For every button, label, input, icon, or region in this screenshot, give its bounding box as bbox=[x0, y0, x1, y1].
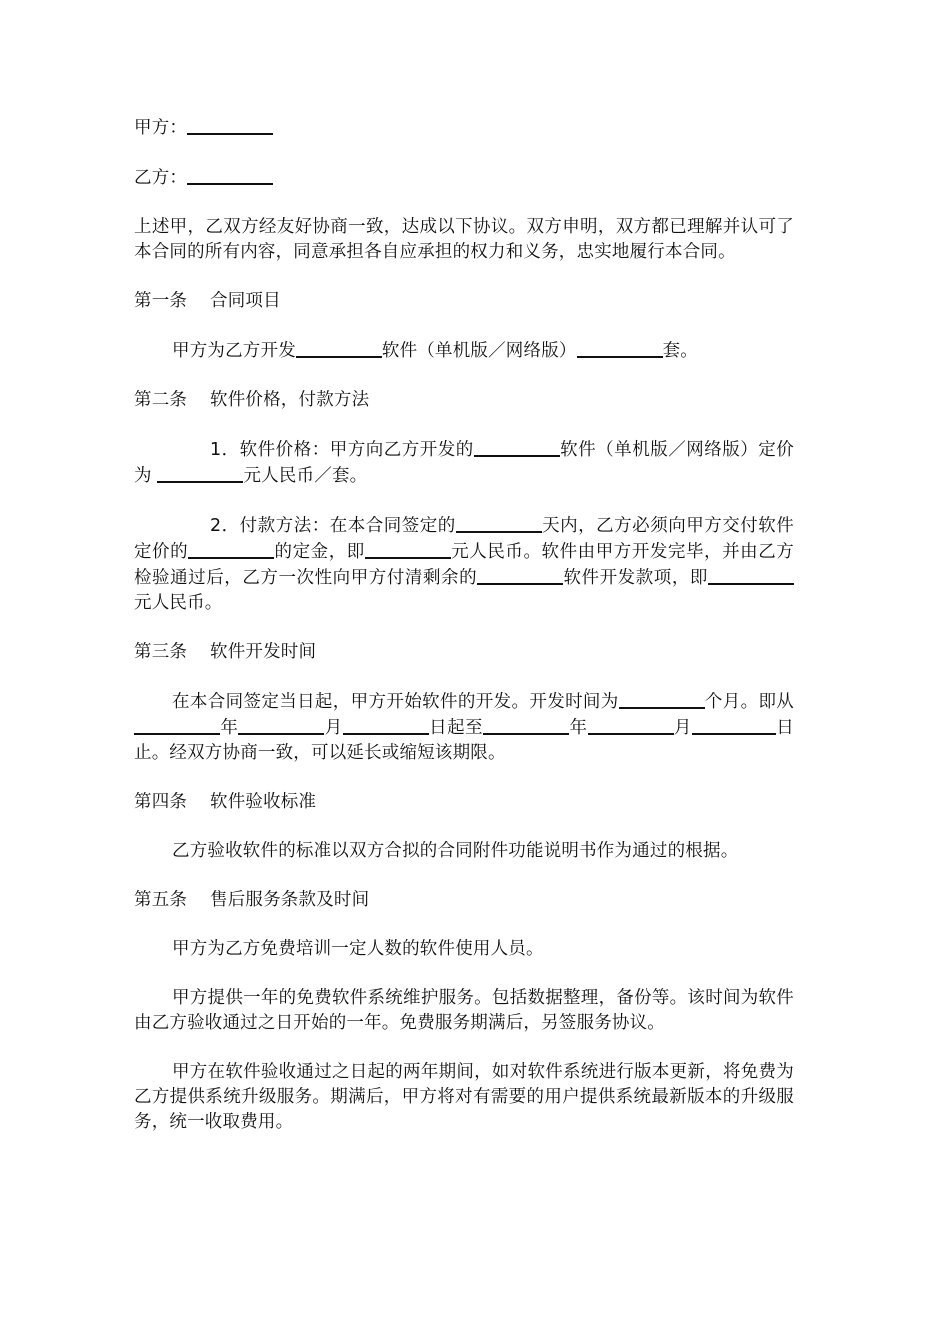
article-number: 第一条 bbox=[134, 289, 210, 314]
article-1-paragraph-1: 甲方为乙方开发软件（单机版／网络版）套。 bbox=[134, 338, 794, 364]
article-number: 第三条 bbox=[134, 640, 210, 665]
article-4-heading: 第四条软件验收标准 bbox=[134, 790, 794, 815]
price-blank[interactable] bbox=[157, 463, 243, 483]
article-1-heading: 第一条合同项目 bbox=[134, 289, 794, 314]
text-segment: 元人民币。 bbox=[134, 593, 223, 613]
article-2-paragraph-2: 2．付款方法：在本合同签定的天内，乙方必须向甲方交付软件定价的的定金，即元人民币… bbox=[134, 513, 794, 616]
text-segment: 在本合同签定当日起，甲方开始软件的开发。开发时间为 bbox=[172, 692, 619, 712]
remaining-amount-blank[interactable] bbox=[708, 565, 794, 585]
article-5-heading: 第五条售后服务条款及时间 bbox=[134, 888, 794, 913]
article-2-heading: 第二条软件价格，付款方法 bbox=[134, 388, 794, 413]
remaining-percent-blank[interactable] bbox=[477, 565, 563, 585]
text-segment: 1．软件价格：甲方向乙方开发的 bbox=[210, 440, 474, 460]
end-day-blank-continued[interactable] bbox=[752, 715, 776, 735]
text-segment: 日起至 bbox=[429, 718, 483, 738]
text-segment: 2．付款方法：在本合同签定的 bbox=[210, 516, 456, 536]
text-segment: 的定金，即 bbox=[274, 542, 365, 562]
article-5-paragraph-1: 甲方为乙方免费培训一定人数的软件使用人员。 bbox=[134, 937, 794, 962]
end-month-blank[interactable] bbox=[588, 715, 674, 735]
article-number: 第二条 bbox=[134, 388, 210, 413]
article-4-paragraph-1: 乙方验收软件的标准以双方合拟的合同附件功能说明书作为通过的根据。 bbox=[134, 839, 794, 864]
article-3-paragraph-1: 在本合同签定当日起，甲方开始软件的开发。开发时间为个月。即从年月日起至年月日止。… bbox=[134, 689, 794, 766]
quantity-blank[interactable] bbox=[577, 338, 663, 358]
article-title: 软件开发时间 bbox=[210, 642, 316, 662]
months-blank[interactable] bbox=[619, 689, 705, 709]
article-5-paragraph-2: 甲方提供一年的免费软件系统维护服务。包括数据整理，备份等。该时间为软件由乙方验收… bbox=[134, 986, 794, 1036]
article-title: 软件价格，付款方法 bbox=[210, 390, 369, 410]
party-b-label: 乙方： bbox=[134, 168, 187, 188]
start-year-blank[interactable] bbox=[134, 715, 220, 735]
text-segment: 月 bbox=[324, 718, 342, 738]
deposit-amount-blank[interactable] bbox=[365, 539, 451, 559]
text-segment: 套。 bbox=[663, 341, 698, 361]
text-segment: 软件开发款项，即 bbox=[563, 568, 708, 588]
article-title: 软件验收标准 bbox=[210, 792, 316, 812]
article-5-paragraph-3: 甲方在软件验收通过之日起的两年期间，如对软件系统进行版本更新，将免费为乙方提供系… bbox=[134, 1060, 794, 1135]
text-segment: 软件（单机版／网络版） bbox=[382, 341, 577, 361]
text-segment: 年 bbox=[220, 718, 238, 738]
text-segment: 元人民币／套。 bbox=[243, 466, 367, 486]
party-a-line: 甲方： bbox=[134, 115, 794, 141]
end-day-blank[interactable] bbox=[692, 715, 752, 735]
contract-document: 甲方： 乙方： 上述甲，乙双方经友好协商一致，达成以下协议。双方申明，双方都已理… bbox=[134, 115, 794, 1159]
deposit-percent-blank[interactable] bbox=[188, 539, 274, 559]
preamble: 上述甲，乙双方经友好协商一致，达成以下协议。双方申明，双方都已理解并认可了本合同… bbox=[134, 215, 794, 265]
text-segment: 甲方为乙方开发 bbox=[172, 341, 296, 361]
text-segment: 个月。即从 bbox=[705, 692, 794, 712]
party-a-blank[interactable] bbox=[187, 115, 273, 135]
text-segment: 年 bbox=[569, 718, 587, 738]
article-title: 合同项目 bbox=[210, 291, 281, 311]
article-3-heading: 第三条软件开发时间 bbox=[134, 640, 794, 665]
start-day-blank[interactable] bbox=[343, 715, 429, 735]
party-b-blank[interactable] bbox=[187, 165, 273, 185]
article-number: 第四条 bbox=[134, 790, 210, 815]
article-2-paragraph-1: 1．软件价格：甲方向乙方开发的软件（单机版／网络版）定价为 元人民币／套。 bbox=[134, 437, 794, 489]
days-blank[interactable] bbox=[456, 513, 542, 533]
end-year-blank[interactable] bbox=[483, 715, 569, 735]
start-month-blank[interactable] bbox=[238, 715, 324, 735]
software-name-blank[interactable] bbox=[474, 437, 560, 457]
software-name-blank[interactable] bbox=[296, 338, 382, 358]
text-segment: 月 bbox=[674, 718, 692, 738]
article-number: 第五条 bbox=[134, 888, 210, 913]
party-b-line: 乙方： bbox=[134, 165, 794, 191]
article-title: 售后服务条款及时间 bbox=[210, 890, 369, 910]
party-a-label: 甲方： bbox=[134, 118, 187, 138]
